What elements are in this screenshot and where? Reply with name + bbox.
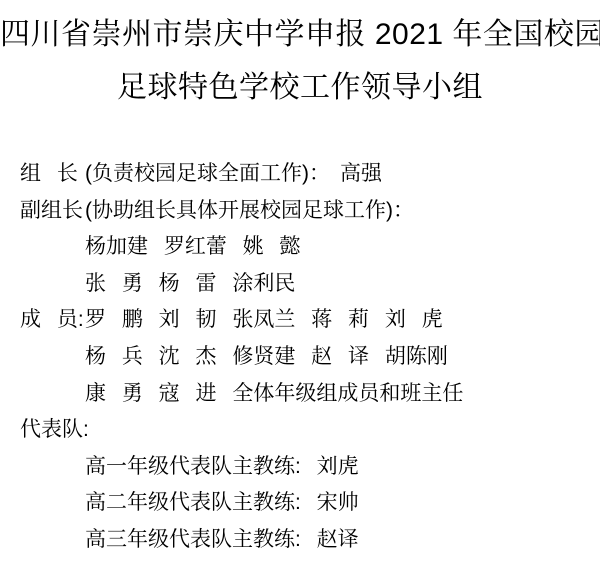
leader-role-label: 组 长 <box>20 156 85 193</box>
coach-line-grade-1: 高一年级代表队主教练: 刘虎 <box>0 449 600 486</box>
members-names-row-2: 杨 兵 沈 杰 修贤建 赵 译 胡陈刚 <box>0 339 600 376</box>
document-page: 四川省崇州市崇庆中学申报 2021 年全国校园 足球特色学校工作领导小组 组 长… <box>0 0 600 568</box>
members-role-label: 成 员: <box>20 302 85 339</box>
coach-line-grade-3: 高三年级代表队主教练: 赵译 <box>0 522 600 559</box>
leader-role-desc: (负责校园足球全面工作)： <box>85 162 330 185</box>
deputy-role-label: 副组长 <box>20 193 85 230</box>
coach-line-grade-2: 高二年级代表队主教练: 宋帅 <box>0 485 600 522</box>
leader-name: 高强 <box>340 162 382 185</box>
members-line: 成 员:罗 鹏 刘 韧 张凤兰 蒋 莉 刘 虎 <box>0 302 600 339</box>
document-title: 四川省崇州市崇庆中学申报 2021 年全国校园 足球特色学校工作领导小组 <box>0 0 600 114</box>
document-body: 组 长(负责校园足球全面工作)：高强 副组长(协助组长具体开展校园足球工作)： … <box>0 156 600 559</box>
members-names-row-3: 康 勇 寇 进 全体年级组成员和班主任 <box>0 376 600 413</box>
title-line-1: 四川省崇州市崇庆中学申报 2021 年全国校园 <box>0 8 600 61</box>
deputy-leader-line: 副组长(协助组长具体开展校园足球工作)： <box>0 193 600 230</box>
leader-line: 组 长(负责校园足球全面工作)：高强 <box>0 156 600 193</box>
deputy-names-row-2: 张 勇 杨 雷 涂利民 <box>0 266 600 303</box>
members-names-row-1: 罗 鹏 刘 韧 张凤兰 蒋 莉 刘 虎 <box>85 308 443 331</box>
deputy-names-row-1: 杨加建 罗红蕾 姚 懿 <box>0 229 600 266</box>
title-line-2: 足球特色学校工作领导小组 <box>0 61 600 114</box>
deputy-role-desc: (协助组长具体开展校园足球工作)： <box>85 199 414 222</box>
teams-heading: 代表队: <box>0 412 600 449</box>
